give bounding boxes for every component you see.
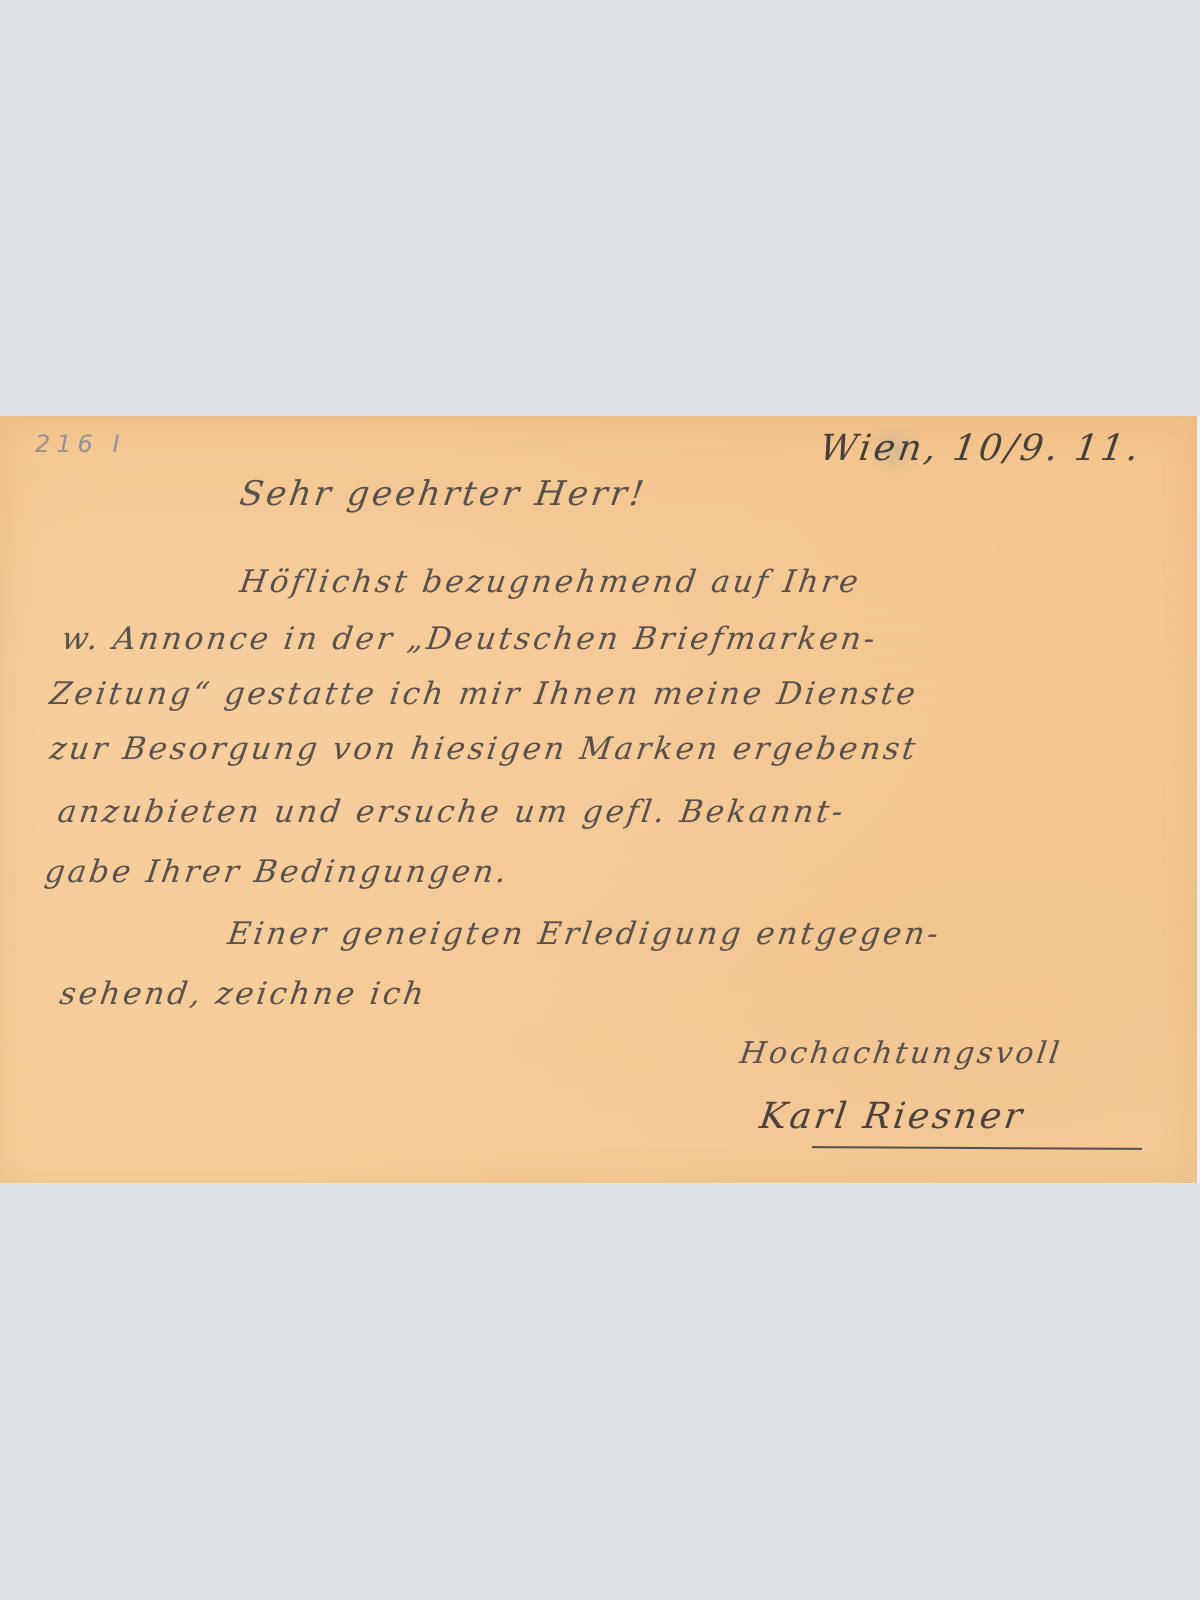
body-line: anzubieten und ersuche um gefl. Bekannt-	[55, 794, 847, 830]
signature-underline	[812, 1146, 1142, 1150]
archive-number: 216 I	[35, 430, 126, 458]
body-line: Zeitung“ gestatte ich mir Ihnen meine Di…	[47, 676, 920, 712]
place-date: Wien, 10/9. 11.	[817, 428, 1144, 469]
signature: Karl Riesner	[757, 1096, 1027, 1137]
body-line: zur Besorgung von hiesigen Marken ergebe…	[47, 731, 920, 767]
body-line: w. Annonce in der „Deutschen Briefmarken…	[59, 621, 879, 657]
body-line: Höflichst bezugnehmend auf Ihre	[237, 564, 863, 600]
closing: Hochachtungsvoll	[738, 1036, 1065, 1071]
body-line: sehend, zeichne ich	[57, 976, 428, 1012]
body-line: Einer geneigten Erledigung entgegen-	[225, 916, 943, 952]
postcard: 216 I Wien, 10/9. 11. Sehr geehrter Herr…	[0, 416, 1197, 1183]
body-line: gabe Ihrer Bedingungen.	[42, 854, 511, 890]
salutation: Sehr geehrter Herr!	[237, 474, 649, 514]
